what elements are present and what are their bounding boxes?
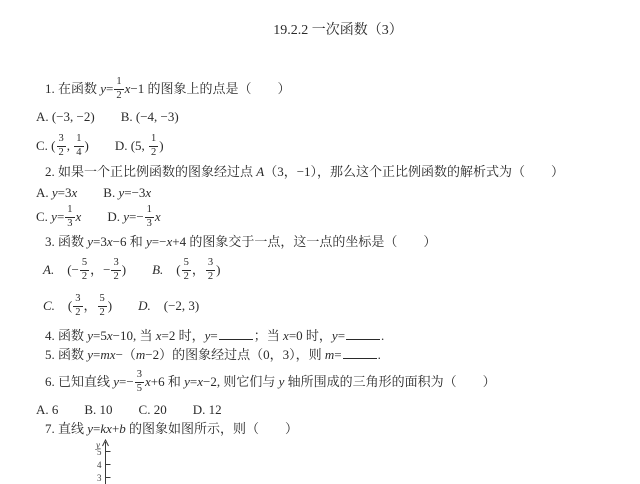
text-run: =− [152,234,167,249]
text-run: =3 [58,185,72,200]
text-run: =2 时， [162,328,205,343]
text-run: −（ [116,347,136,362]
fraction-denominator: 2 [149,147,158,159]
fraction-numerator: 1 [145,204,154,217]
tick-label: 5 [97,447,102,457]
fraction-numerator: 3 [73,293,82,306]
question-5-stem: 5. 函数 y=mx−（m−2）的图象经过点（0，3），则 m=. [45,345,381,365]
fraction-numerator: 1 [74,133,83,146]
fraction: 35 [135,369,144,394]
question-2-stem: 2. 如果一个正比例函数的图象经过点 A（3，−1），那么这个正比例函数的解析式… [45,162,564,182]
fraction-denominator: 2 [111,271,120,283]
fraction-denominator: 2 [80,271,89,283]
y-axis-figure: y 5 4 3 [83,438,137,484]
text-run: ( [163,262,180,277]
text-run: (−2, 3) [151,298,200,313]
math-variable: B. [152,262,163,277]
text-run: A. [36,185,52,200]
text-run: =5 [93,328,107,343]
fraction-numerator: 3 [57,133,66,146]
question-6-stem: 6. 已知直线 y=−35x+6 和 y=x−2, 则它们与 y 轴所围成的三角… [45,364,496,400]
math-variable: kx [100,421,112,436]
fraction: 12 [149,133,158,158]
fraction-numerator: 1 [149,133,158,146]
fraction-numerator: 1 [65,204,74,217]
question-4-stem: 4. 函数 y=5x−10, 当 x=2 时，y=；当 x=0 时，y=. [45,326,384,346]
text-run: 3. 函数 [45,234,87,249]
fraction: 52 [80,257,89,282]
math-variable: x [145,185,151,200]
text-run: ， [192,262,205,277]
text-run: 4. 函数 [45,328,87,343]
fraction: 13 [65,204,74,229]
math-variable: mx [100,347,115,362]
fraction-numerator: 1 [114,76,123,89]
text-run: −1 的图象上的点是（ ） [130,81,290,96]
fraction: 32 [111,257,120,282]
fraction: 32 [57,133,66,158]
text-run: −2, 则它们与 [203,374,279,389]
text-run: −10, 当 [113,328,156,343]
text-run: ) [108,298,138,313]
text-run: 5. 函数 [45,347,87,362]
text-run: ；当 [254,328,283,343]
text-run: B. [77,185,118,200]
text-run: = [334,347,341,362]
math-variable: m [136,347,145,362]
text-run: (− [54,262,79,277]
text-run: ，− [90,262,110,277]
fraction: 14 [74,133,83,158]
fraction-denominator: 3 [145,218,154,230]
text-run: . [381,328,384,343]
answer-blank [219,327,253,340]
fraction: 12 [114,76,123,101]
math-variable: C. [43,298,55,313]
text-run: =0 时， [289,328,332,343]
fraction: 32 [206,257,215,282]
question-3-stem: 3. 函数 y=3x−6 和 y=−x+4 的图象交于一点，这一点的坐标是（ ） [45,232,436,252]
text-run: =3 [93,234,107,249]
fraction-denominator: 4 [74,147,83,159]
text-run: 6. 已知直线 [45,374,113,389]
fraction-denominator: 5 [135,383,144,395]
fraction-denominator: 2 [98,307,107,319]
fraction: 52 [98,293,107,318]
tick-label: 3 [97,473,102,483]
fraction-denominator: 2 [73,307,82,319]
text-run: ) [122,262,152,277]
text-run: = [210,328,217,343]
fraction-denominator: 2 [182,271,191,283]
question-3-options-ab: A. (−52，−32) B. (52，32) [43,252,220,288]
fraction: 13 [145,204,154,229]
fraction-numerator: 3 [111,257,120,270]
question-7-stem: 7. 直线 y=kx+b 的图象如图所示，则（ ） [45,419,298,439]
text-run: −2）的图象经过点（0，3），则 [145,347,325,362]
question-6-options: A. 6 B. 10 C. 20 D. 12 [36,400,222,420]
question-1-stem: 1. 在函数 y=12x−1 的图象上的点是（ ） [45,72,291,106]
fraction-numerator: 3 [206,257,215,270]
fraction-denominator: 2 [57,147,66,159]
text-run: 2. 如果一个正比例函数的图象经过点 [45,164,256,179]
text-run: A. (−3, −2) B. (−4, −3) [36,109,179,124]
fraction-numerator: 5 [182,257,191,270]
fraction-denominator: 2 [206,271,215,283]
text-run: = [57,209,64,224]
fraction-numerator: 5 [98,293,107,306]
text-run: =− [129,209,144,224]
text-run: ( [55,298,72,313]
text-run: +6 和 [151,374,184,389]
fraction: 32 [73,293,82,318]
fraction-denominator: 3 [65,218,74,230]
page-title: 19.2.2 一次函数（3） [0,19,640,39]
text-run: ) [216,262,220,277]
text-run: ) D. (5, [85,138,149,153]
text-run: , [67,138,74,153]
tick-label: 4 [97,460,102,470]
answer-blank [343,346,377,359]
text-run: C. [36,209,51,224]
math-variable: D. [138,298,151,313]
question-2-options-cd: C. y=13x D. y=−13x [36,199,161,235]
text-run: +4 的图象交于一点，这一点的坐标是（ ） [172,234,436,249]
text-run: −6 和 [113,234,146,249]
text-run: 的图象如图所示，则（ ） [126,421,298,436]
worksheet-page: 19.2.2 一次函数（3） 1. 在函数 y=12x−1 的图象上的点是（ ）… [0,0,640,484]
math-variable: m [325,347,334,362]
math-variable: x [155,209,161,224]
fraction: 52 [182,257,191,282]
question-1-options-ab: A. (−3, −2) B. (−4, −3) [36,107,179,127]
text-run: D. [81,209,123,224]
fraction-denominator: 2 [114,90,123,102]
text-run: 轴所围成的三角形的面积为（ ） [284,374,495,389]
text-run: =− [119,374,134,389]
text-run: A. 6 B. 10 C. 20 D. 12 [36,402,222,417]
text-run: = [338,328,345,343]
question-1-options-cd: C. (32, 14) D. (5, 12) [36,128,164,164]
text-run: = [106,81,113,96]
text-run: ， [84,298,97,313]
fraction-numerator: 3 [135,369,144,382]
text-run: ) [159,138,163,153]
text-run: （3，−1），那么这个正比例函数的解析式为（ ） [264,164,564,179]
math-variable: A. [43,262,54,277]
text-run: . [378,347,381,362]
text-run: 7. 直线 [45,421,87,436]
text-run: C. ( [36,138,56,153]
text-run: =−3 [124,185,145,200]
fraction-numerator: 5 [80,257,89,270]
text-run: 1. 在函数 [45,81,100,96]
question-3-options-cd: C. (32，52) D. (−2, 3) [43,288,199,324]
answer-blank [346,327,380,340]
text-run: 19.2.2 一次函数（3） [273,23,403,38]
